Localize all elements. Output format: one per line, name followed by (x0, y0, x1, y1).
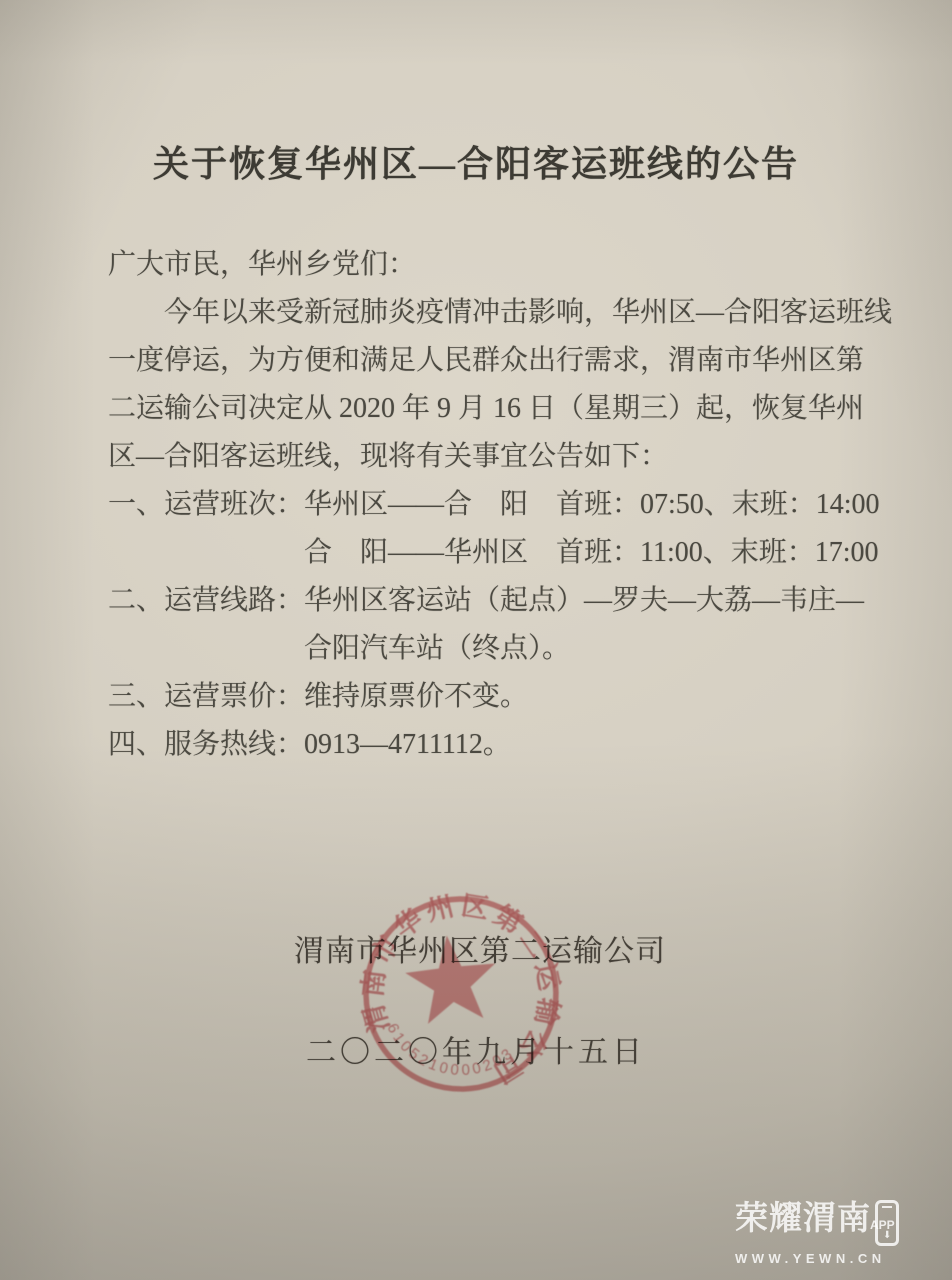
document-title: 关于恢复华州区—合阳客运班线的公告 (0, 140, 952, 188)
body-line: 二运输公司决定从 2020 年 9 月 16 日（星期三）起，恢复华州 (108, 385, 898, 433)
item-schedule-line-2: 合 阳——华州区 首班：11:00、末班：17:00 (108, 529, 898, 577)
item-schedule-line: 一、运营班次：华州区——合 阳 首班：07:50、末班：14:00 (108, 481, 898, 529)
announcement-document: 关于恢复华州区—合阳客运班线的公告 广大市民，华州乡党们： 今年以来受新冠肺炎疫… (0, 0, 952, 1280)
star-icon (402, 931, 501, 1026)
phone-notch-icon (882, 1206, 892, 1208)
watermark-brand: 荣耀渭南 (735, 1200, 871, 1236)
item-hotline-line: 四、服务热线：0913—4711112。 (108, 721, 898, 769)
site-watermark: 荣耀渭南 APP ⬇ WWW.YEWN.CN (735, 1200, 935, 1266)
item-route-line-2: 合阳汽车站（终点）。 (108, 625, 898, 673)
official-seal: 渭南市华州区第二运输公司 6105210000203 (347, 883, 575, 1106)
body-line: 区—合阳客运班线，现将有关事宜公告如下： (108, 433, 898, 481)
item-route-line: 二、运营线路：华州区客运站（起点）—罗夫—大荔—韦庄— (108, 577, 898, 625)
salutation-line: 广大市民，华州乡党们： (108, 241, 898, 289)
body-line: 今年以来受新冠肺炎疫情冲击影响，华州区—合阳客运班线 (108, 289, 898, 337)
item-fare-line: 三、运营票价：维持原票价不变。 (108, 673, 898, 721)
download-arrow-icon: ⬇ (883, 1231, 891, 1241)
body-line: 一度停运，为方便和满足人民群众出行需求，渭南市华州区第 (108, 337, 898, 385)
document-body: 广大市民，华州乡党们： 今年以来受新冠肺炎疫情冲击影响，华州区—合阳客运班线 一… (108, 241, 898, 769)
watermark-url: WWW.YEWN.CN (735, 1251, 935, 1266)
app-phone-icon: APP ⬇ (875, 1200, 899, 1246)
watermark-row: 荣耀渭南 APP ⬇ (735, 1200, 935, 1246)
